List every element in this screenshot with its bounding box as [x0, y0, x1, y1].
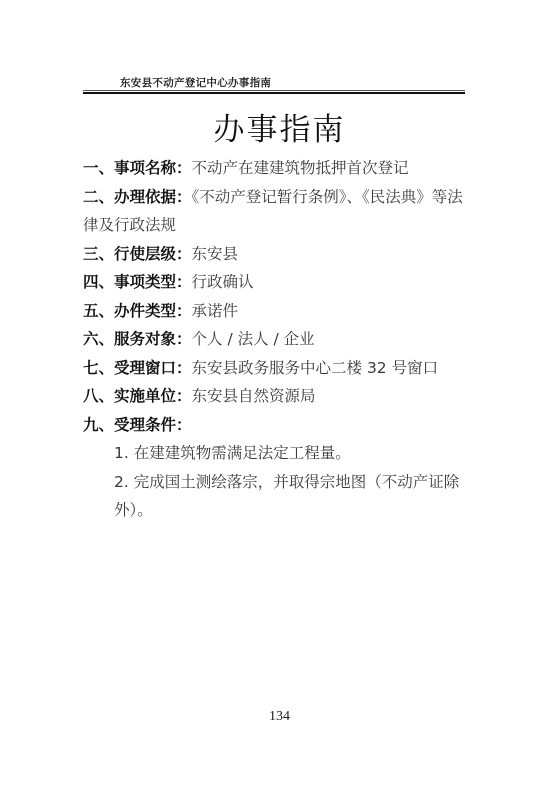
- item-label: 一、事项名称：: [83, 159, 192, 177]
- item-case-type: 五、办件类型：承诺件: [83, 297, 475, 326]
- item-audience: 六、服务对象：个人 / 法人 / 企业: [83, 325, 475, 354]
- item-value: 不动产在建建筑物抵押首次登记: [192, 159, 409, 177]
- item-unit: 八、实施单位：东安县自然资源局: [83, 382, 475, 411]
- guide-content: 一、事项名称：不动产在建建筑物抵押首次登记 二、办理依据：《不动产登记暂行条例》…: [83, 154, 475, 525]
- item-value: 东安县政务服务中心二楼 32 号窗口: [192, 359, 439, 377]
- running-head: 东安县不动产登记中心办事指南: [120, 75, 271, 90]
- item-label: 三、行使层级：: [83, 245, 192, 263]
- item-label: 八、实施单位：: [83, 387, 192, 405]
- item-label: 九、受理条件：: [83, 416, 192, 434]
- item-label: 七、受理窗口：: [83, 359, 192, 377]
- item-label: 四、事项类型：: [83, 273, 192, 291]
- item-value: 东安县: [192, 245, 239, 263]
- condition-2: 2. 完成国土测绘落宗，并取得宗地图（不动产证除外）。: [83, 468, 475, 525]
- item-label: 六、服务对象：: [83, 330, 192, 348]
- item-value: 行政确认: [192, 273, 254, 291]
- item-label: 五、办件类型：: [83, 302, 192, 320]
- item-value: 承诺件: [192, 302, 239, 320]
- item-basis: 二、办理依据：《不动产登记暂行条例》、《民法典》等法律及行政法规: [83, 183, 475, 240]
- item-window: 七、受理窗口：东安县政务服务中心二楼 32 号窗口: [83, 354, 475, 383]
- header-rule-thin: [83, 90, 465, 91]
- item-type: 四、事项类型：行政确认: [83, 268, 475, 297]
- item-name: 一、事项名称：不动产在建建筑物抵押首次登记: [83, 154, 475, 183]
- item-label: 二、办理依据：: [83, 188, 192, 206]
- header-rule-thick: [83, 92, 465, 94]
- item-level: 三、行使层级：东安县: [83, 240, 475, 269]
- page-title: 办事指南: [0, 104, 559, 149]
- condition-1: 1. 在建建筑物需满足法定工程量。: [83, 439, 475, 468]
- item-value: 个人 / 法人 / 企业: [192, 330, 315, 348]
- page-number: 134: [0, 709, 559, 725]
- item-conditions: 九、受理条件：: [83, 411, 475, 440]
- item-value: 东安县自然资源局: [192, 387, 316, 405]
